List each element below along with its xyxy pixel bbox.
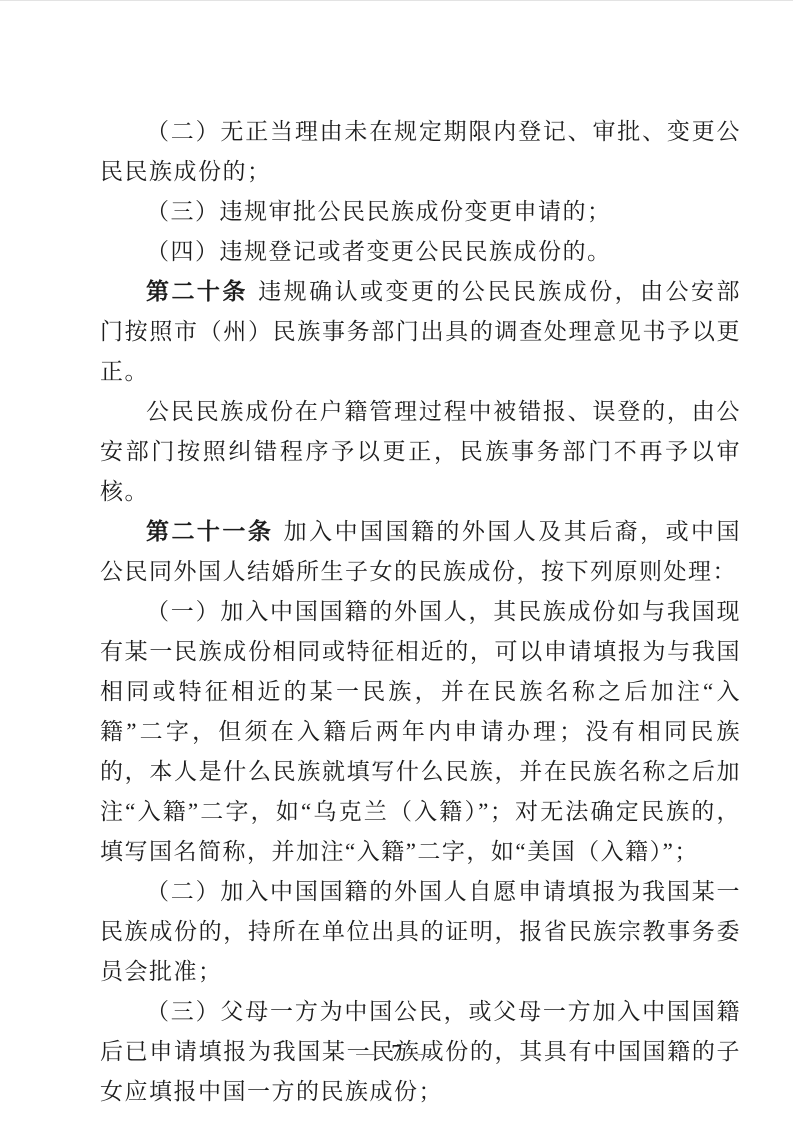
footer-dash-left: — (356, 1043, 375, 1064)
page-footer: —7— (0, 1037, 793, 1069)
body-paragraph: （二）加入中国国籍的外国人自愿申请填报为我国某一民族成份的，持所在单位出具的证明… (100, 872, 741, 992)
document-body: （二）无正当理由未在规定期限内登记、审批、变更公民民族成份的；（三）违规审批公民… (100, 112, 741, 1112)
article-number: 第二十条 (146, 279, 248, 304)
article-paragraph: 第二十一条加入中国国籍的外国人及其后裔，或中国公民同外国人结婚所生子女的民族成份… (100, 512, 741, 592)
document-page: （二）无正当理由未在规定期限内登记、审批、变更公民民族成份的；（三）违规审批公民… (0, 0, 793, 1122)
article-paragraph: 第二十条违规确认或变更的公民民族成份，由公安部门按照市（州）民族事务部门出具的调… (100, 272, 741, 392)
body-paragraph: （一）加入中国国籍的外国人，其民族成份如与我国现有某一民族成份相同或特征相近的，… (100, 592, 741, 872)
body-paragraph: （四）违规登记或者变更公民民族成份的。 (100, 232, 741, 272)
body-paragraph: （三）违规审批公民民族成份变更申请的； (100, 192, 741, 232)
body-paragraph: 公民民族成份在户籍管理过程中被错报、误登的，由公安部门按照纠错程序予以更正，民族… (100, 392, 741, 512)
article-number: 第二十一条 (146, 519, 273, 544)
page-number: 7 (391, 1040, 402, 1064)
body-paragraph: （二）无正当理由未在规定期限内登记、审批、变更公民民族成份的； (100, 112, 741, 192)
footer-dash-right: — (418, 1043, 437, 1064)
